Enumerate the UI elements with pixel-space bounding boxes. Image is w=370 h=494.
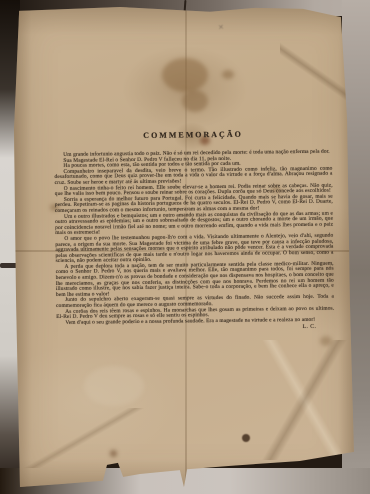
ink-spot: [242, 434, 250, 442]
bottom-right-crease: [257, 340, 352, 460]
pencil-inscription: ✕: [218, 22, 252, 40]
aged-paper-sheet: ✕ COMMEMORAÇÃO Um grande infortunio angu…: [14, 6, 356, 488]
paragraph: A perda que deplora toda a nação, tem de…: [56, 261, 334, 298]
photograph-of-broadside: ✕ COMMEMORAÇÃO Um grande infortunio angu…: [0, 0, 370, 494]
document-body: Um grande infortunio angustia todo o pai…: [54, 150, 334, 327]
top-right-crease: [280, 18, 350, 128]
stain-spot: [320, 336, 332, 346]
pale-patch: [84, 366, 144, 406]
stain-blotch: [162, 58, 208, 92]
pencil-inscription-glyph: ✕: [218, 20, 253, 32]
stain-spot: [222, 70, 234, 79]
stain-blotch: [182, 90, 208, 112]
stain-spot: [110, 450, 117, 457]
backdrop-left-gap: [0, 263, 18, 268]
bottom-left-crease: [24, 408, 144, 468]
printed-text-block: COMMEMORAÇÃO Um grande infortunio angust…: [54, 129, 334, 334]
document-title: COMMEMORAÇÃO: [54, 129, 332, 141]
